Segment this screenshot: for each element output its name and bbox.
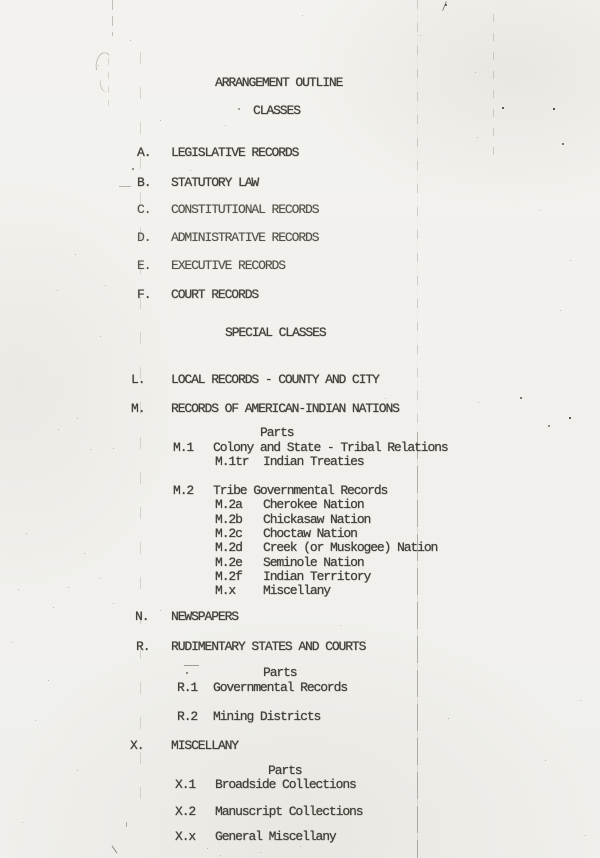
- class-code: M.: [131, 402, 171, 415]
- class-code: E.: [137, 259, 171, 272]
- part-row: M.2Tribe Governmental Records: [173, 484, 387, 497]
- class-row: F.COURT RECORDS: [137, 288, 258, 301]
- class-label: RUDIMENTARY STATES AND COURTS: [171, 639, 365, 654]
- part-label: General Miscellany: [215, 829, 336, 844]
- scan-artifact-vertical-dash-top: [112, 0, 113, 36]
- part-code: M.x: [215, 584, 263, 597]
- scan-artifact-overline: [184, 665, 199, 666]
- part-row: M.1Colony and State - Tribal Relations: [173, 441, 448, 454]
- class-label: STATUTORY LAW: [171, 175, 258, 190]
- scan-artifact-vertical-line-right-top: [417, 0, 418, 432]
- special-class-row: N.NEWSPAPERS: [135, 610, 238, 623]
- class-row: C.CONSTITUTIONAL RECORDS: [137, 203, 318, 216]
- class-label: MISCELLANY: [171, 738, 238, 753]
- class-label: RECORDS OF AMERICAN-INDIAN NATIONS: [171, 401, 399, 416]
- part-row: X.2Manuscript Collections: [175, 805, 362, 818]
- part-code: X.x: [175, 830, 215, 843]
- parts-heading: Parts: [260, 426, 294, 439]
- part-code: X.2: [175, 805, 215, 818]
- part-row: X.1Broadside Collections: [175, 778, 356, 791]
- special-class-row: M.RECORDS OF AMERICAN-INDIAN NATIONS: [131, 402, 399, 415]
- class-code: B.: [137, 176, 171, 189]
- scan-artifact-squiggle: [98, 77, 111, 93]
- part-label: Chickasaw Nation: [263, 512, 370, 527]
- part-label: Indian Territory: [263, 569, 370, 584]
- class-code: A.: [137, 146, 171, 159]
- part-row: X.xGeneral Miscellany: [175, 830, 336, 843]
- class-label: ADMINISTRATIVE RECORDS: [171, 230, 318, 245]
- class-row: B.STATUTORY LAW: [137, 176, 258, 189]
- part-label: Choctaw Nation: [263, 526, 357, 541]
- page-title: ARRANGEMENT OUTLINE: [215, 76, 342, 89]
- parts-heading: Parts: [263, 666, 297, 679]
- part-code: M.2c: [215, 527, 263, 540]
- parts-heading: Parts: [268, 764, 302, 777]
- part-label: Seminole Nation: [263, 555, 364, 570]
- part-label: Tribe Governmental Records: [213, 483, 387, 498]
- classes-heading: CLASSES: [253, 104, 300, 117]
- scan-artifact-tick: [126, 822, 127, 827]
- class-row: A.LEGISLATIVE RECORDS: [137, 146, 298, 159]
- part-code: M.2f: [215, 570, 263, 583]
- part-code: M.2: [173, 484, 213, 497]
- part-row: M.2bChickasaw Nation: [215, 513, 370, 526]
- part-label: Creek (or Muskogee) Nation: [263, 540, 437, 555]
- part-row: M.1trIndian Treaties: [215, 455, 364, 468]
- part-code: R.1: [177, 681, 213, 694]
- class-code: F.: [137, 288, 171, 301]
- class-label: LEGISLATIVE RECORDS: [171, 145, 298, 160]
- class-code: L.: [131, 373, 171, 386]
- part-row: M.2eSeminole Nation: [215, 556, 364, 569]
- part-label: Colony and State - Tribal Relations: [213, 440, 448, 455]
- scan-artifact-diagonal-mark: [112, 845, 118, 853]
- special-class-row: X.MISCELLANY: [130, 739, 238, 752]
- part-row: M.2cChoctaw Nation: [215, 527, 357, 540]
- part-code: M.2d: [215, 541, 263, 554]
- scan-artifact-vertical-line-far-right: [493, 14, 494, 166]
- scanned-document-page: ARRANGEMENT OUTLINE CLASSES A.LEGISLATIV…: [0, 0, 600, 858]
- class-label: CONSTITUTIONAL RECORDS: [171, 202, 318, 217]
- part-label: Miscellany: [263, 583, 330, 598]
- class-row: E.EXECUTIVE RECORDS: [137, 259, 285, 272]
- part-code: M.2e: [215, 556, 263, 569]
- special-class-row: R.RUDIMENTARY STATES AND COURTS: [136, 640, 365, 653]
- part-label: Indian Treaties: [263, 454, 364, 469]
- class-code: C.: [137, 203, 171, 216]
- part-label: Governmental Records: [213, 680, 347, 695]
- part-label: Cherokee Nation: [263, 497, 364, 512]
- part-row: R.2Mining Districts: [177, 710, 320, 723]
- class-code: R.: [136, 640, 171, 653]
- class-label: LOCAL RECORDS - COUNTY AND CITY: [171, 372, 379, 387]
- scan-artifact-vertical-line-left: [140, 52, 141, 800]
- part-code: M.2a: [215, 498, 263, 511]
- scan-artifact-underscore: [119, 186, 131, 187]
- part-row: M.xMiscellany: [215, 584, 330, 597]
- class-label: NEWSPAPERS: [171, 609, 238, 624]
- class-code: X.: [130, 739, 171, 752]
- part-code: M.2b: [215, 513, 263, 526]
- part-code: M.1: [173, 441, 213, 454]
- scan-noise-blobs: [0, 0, 2, 2]
- scan-artifact-vertical-line-right-bottom: [417, 432, 418, 858]
- part-row: R.1Governmental Records: [177, 681, 347, 694]
- part-row: M.2fIndian Territory: [215, 570, 370, 583]
- part-row: M.2dCreek (or Muskogee) Nation: [215, 541, 437, 554]
- class-label: COURT RECORDS: [171, 287, 258, 302]
- scan-artifact-diagonal-mark: [442, 1, 447, 11]
- class-row: D.ADMINISTRATIVE RECORDS: [137, 231, 318, 244]
- part-label: Manuscript Collections: [215, 804, 362, 819]
- part-code: M.1tr: [215, 455, 263, 468]
- special-class-row: L.LOCAL RECORDS - COUNTY AND CITY: [131, 373, 379, 386]
- part-label: Mining Districts: [213, 709, 320, 724]
- class-code: D.: [137, 231, 171, 244]
- class-code: N.: [135, 610, 171, 623]
- part-row: M.2aCherokee Nation: [215, 498, 364, 511]
- special-classes-heading: SPECIAL CLASSES: [225, 326, 326, 339]
- part-code: R.2: [177, 710, 213, 723]
- class-label: EXECUTIVE RECORDS: [171, 258, 285, 273]
- part-code: X.1: [175, 778, 215, 791]
- part-label: Broadside Collections: [215, 777, 356, 792]
